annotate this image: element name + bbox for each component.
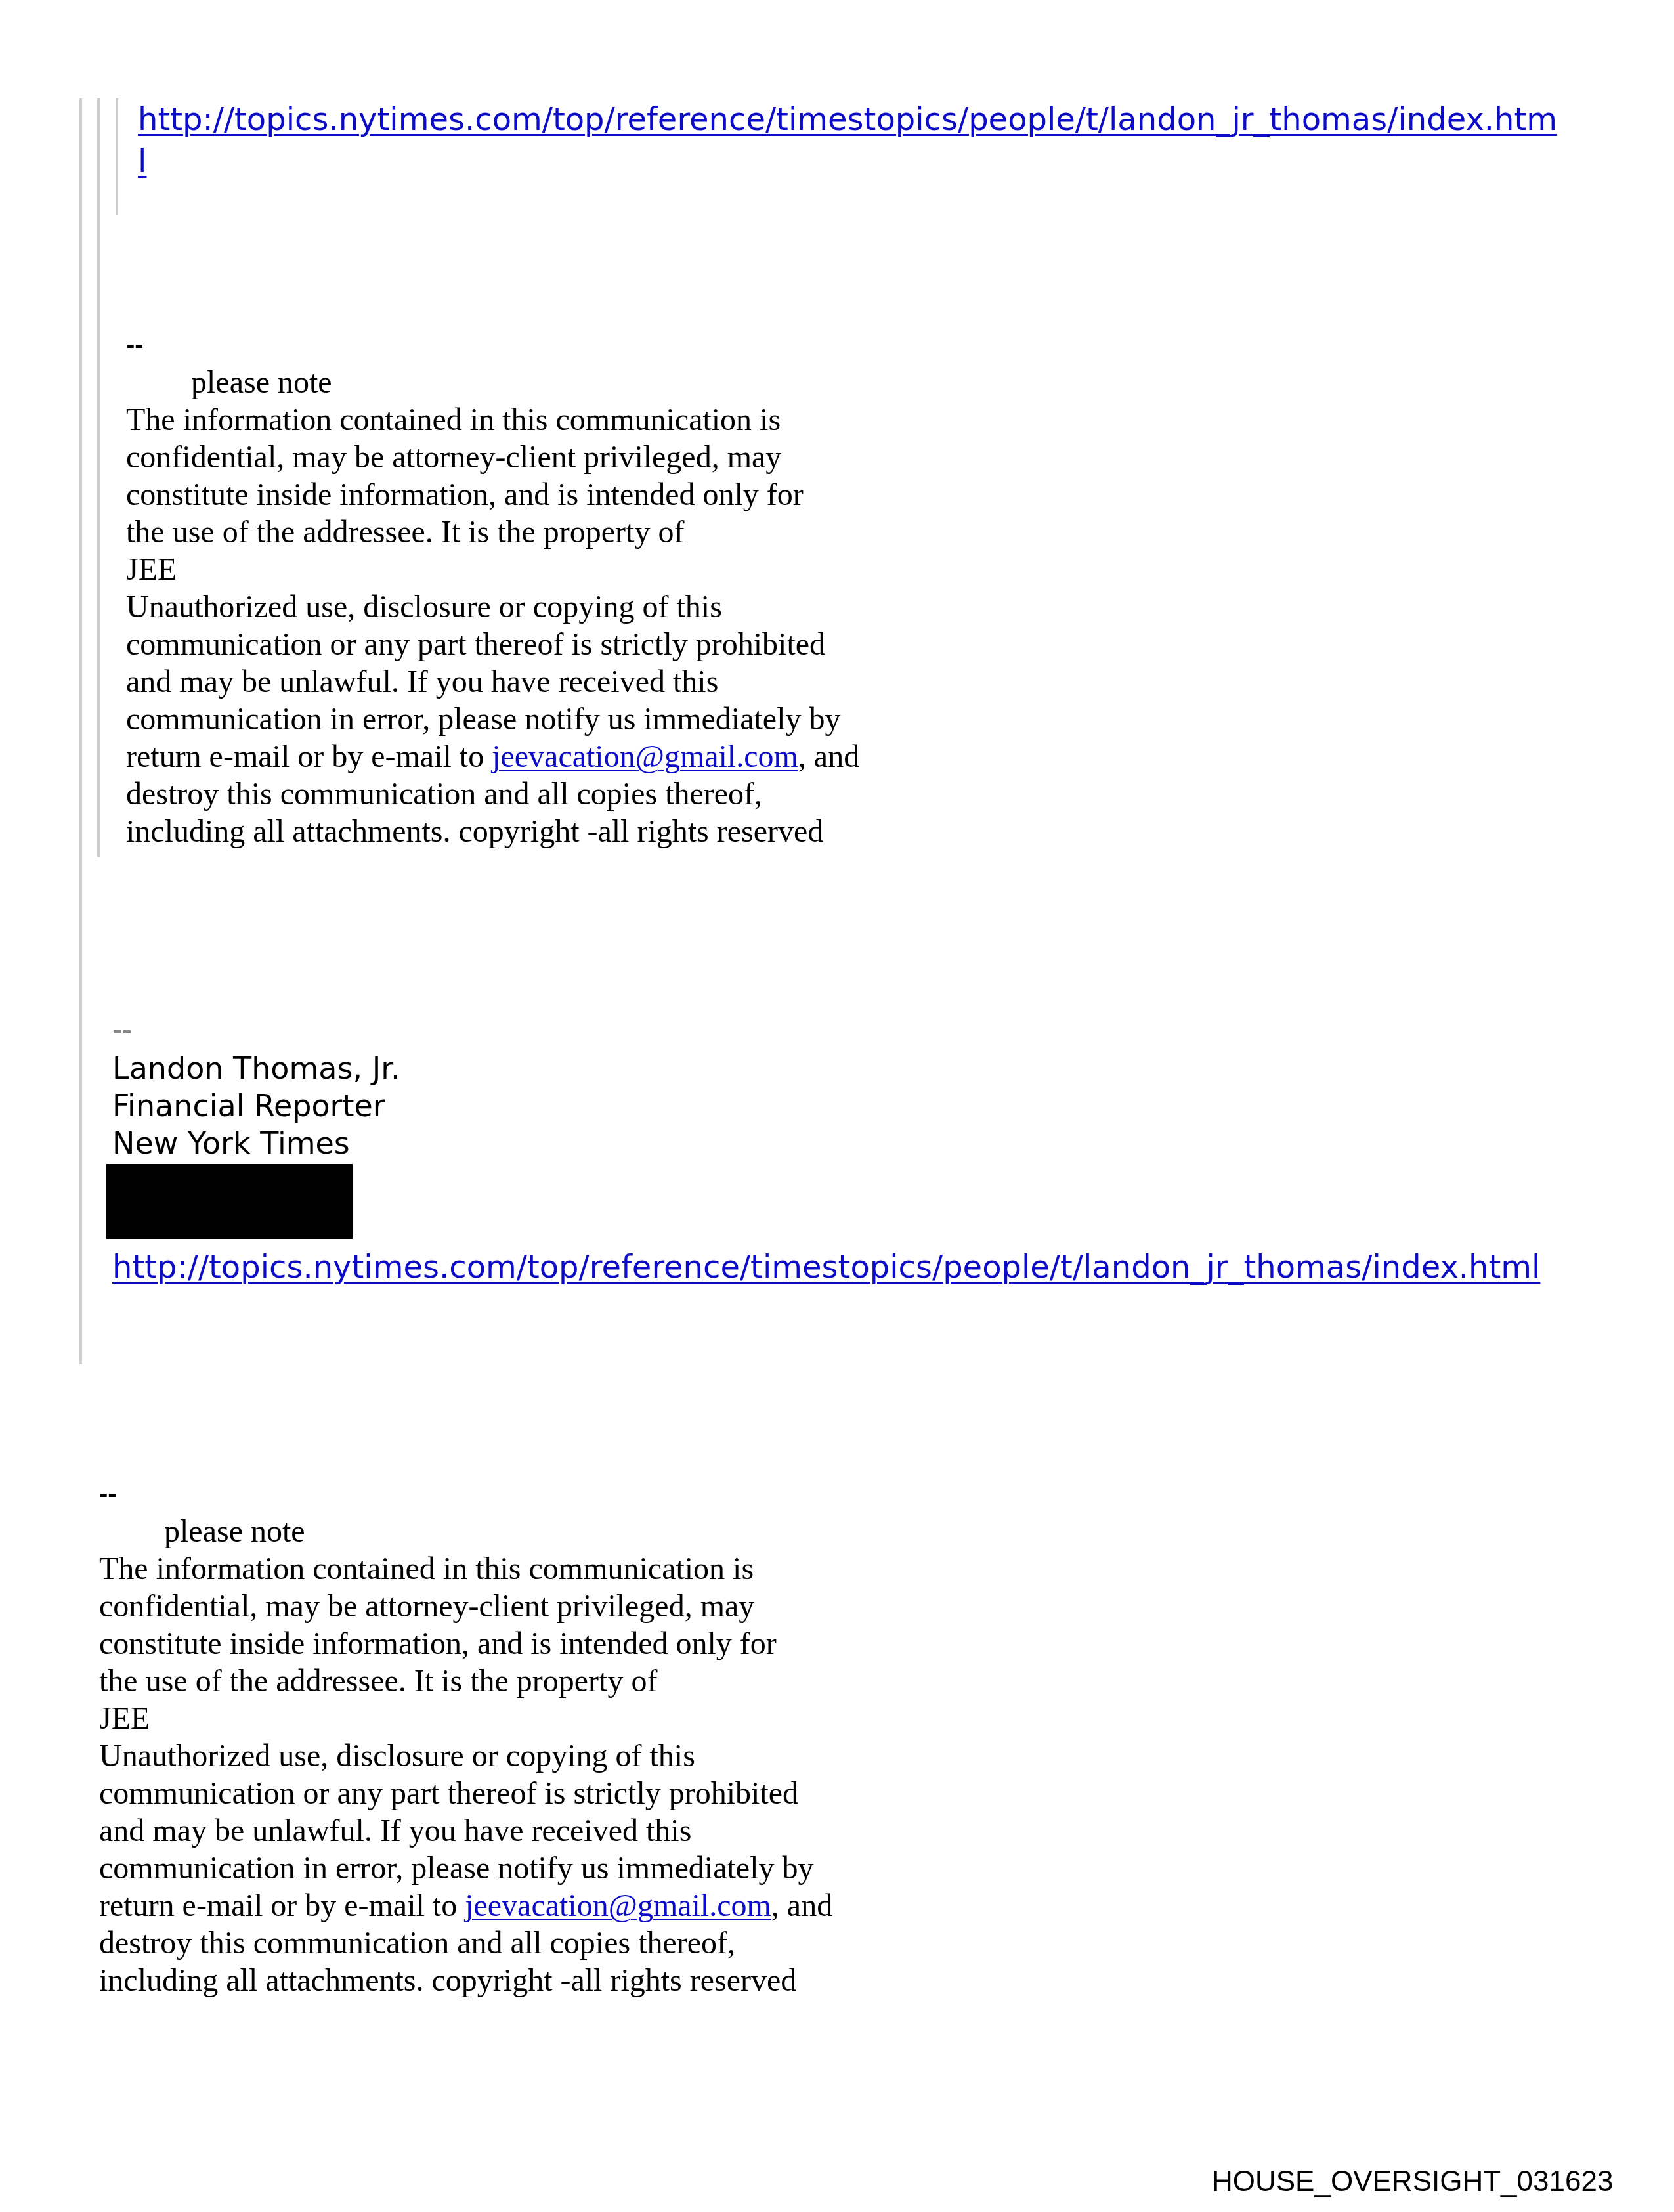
signature-block: -- Landon Thomas, Jr. Financial Reporter… (112, 1012, 400, 1162)
signature-profile-link[interactable]: http://topics.nytimes.com/top/reference/… (112, 1249, 1540, 1286)
disclaimer-line: constitute inside information, and is in… (126, 476, 859, 513)
redacted-phone (106, 1164, 353, 1239)
quoted-url-block: http://topics.nytimes.com/top/reference/… (138, 98, 1566, 183)
disclaimer-line: communication or any part thereof is str… (99, 1775, 832, 1812)
email-link[interactable]: jeevacation@gmail.com (492, 739, 798, 774)
disclaimer-email-line: return e-mail or by e-mail to jeevacatio… (99, 1887, 832, 1924)
disclaimer-line: including all attachments. copyright -al… (99, 1962, 832, 1999)
disclaimer-line: JEE (126, 551, 859, 588)
disclaimer-line: the use of the addressee. It is the prop… (126, 513, 859, 551)
nytimes-profile-link[interactable]: http://topics.nytimes.com/top/reference/… (138, 101, 1557, 180)
email-link[interactable]: jeevacation@gmail.com (465, 1888, 771, 1923)
signature-name: Landon Thomas, Jr. (112, 1050, 400, 1087)
disclaimer-email-line: return e-mail or by e-mail to jeevacatio… (126, 738, 859, 775)
disclaimer-heading: please note (99, 1513, 832, 1550)
quote-bar-outer (79, 98, 82, 1364)
disclaimer-block-1: -- please note The information contained… (126, 326, 859, 850)
email-suffix: , and (798, 739, 859, 774)
email-prefix: return e-mail or by e-mail to (99, 1888, 465, 1923)
disclaimer-block-2: -- please note The information contained… (99, 1475, 832, 1999)
disclaimer-line: the use of the addressee. It is the prop… (99, 1662, 832, 1700)
signature-url-block: http://topics.nytimes.com/top/reference/… (112, 1246, 1576, 1288)
quote-bar-middle (97, 98, 100, 857)
disclaimer-line: Unauthorized use, disclosure or copying … (126, 588, 859, 626)
disclaimer-line: destroy this communication and all copie… (99, 1924, 832, 1962)
email-suffix: , and (771, 1888, 832, 1923)
disclaimer-line: communication in error, please notify us… (99, 1850, 832, 1887)
quote-bar-inner (116, 98, 118, 215)
disclaimer-line: and may be unlawful. If you have receive… (126, 663, 859, 701)
disclaimer-line: The information contained in this commun… (126, 401, 859, 439)
disclaimer-line: JEE (99, 1700, 832, 1737)
disclaimer-line: and may be unlawful. If you have receive… (99, 1812, 832, 1850)
signature-separator: -- (99, 1475, 832, 1513)
disclaimer-line: confidential, may be attorney-client pri… (126, 439, 859, 476)
signature-separator: -- (126, 326, 859, 364)
signature-separator: -- (112, 1012, 400, 1050)
disclaimer-line: constitute inside information, and is in… (99, 1625, 832, 1662)
disclaimer-heading: please note (126, 364, 859, 401)
disclaimer-line: communication or any part thereof is str… (126, 626, 859, 663)
disclaimer-line: confidential, may be attorney-client pri… (99, 1588, 832, 1625)
disclaimer-line: Unauthorized use, disclosure or copying … (99, 1737, 832, 1775)
email-prefix: return e-mail or by e-mail to (126, 739, 492, 774)
disclaimer-line: communication in error, please notify us… (126, 701, 859, 738)
signature-organization: New York Times (112, 1125, 400, 1162)
disclaimer-line: The information contained in this commun… (99, 1550, 832, 1588)
signature-title: Financial Reporter (112, 1087, 400, 1125)
bates-number: HOUSE_OVERSIGHT_031623 (1212, 2165, 1613, 2198)
disclaimer-line: destroy this communication and all copie… (126, 775, 859, 813)
disclaimer-line: including all attachments. copyright -al… (126, 813, 859, 850)
